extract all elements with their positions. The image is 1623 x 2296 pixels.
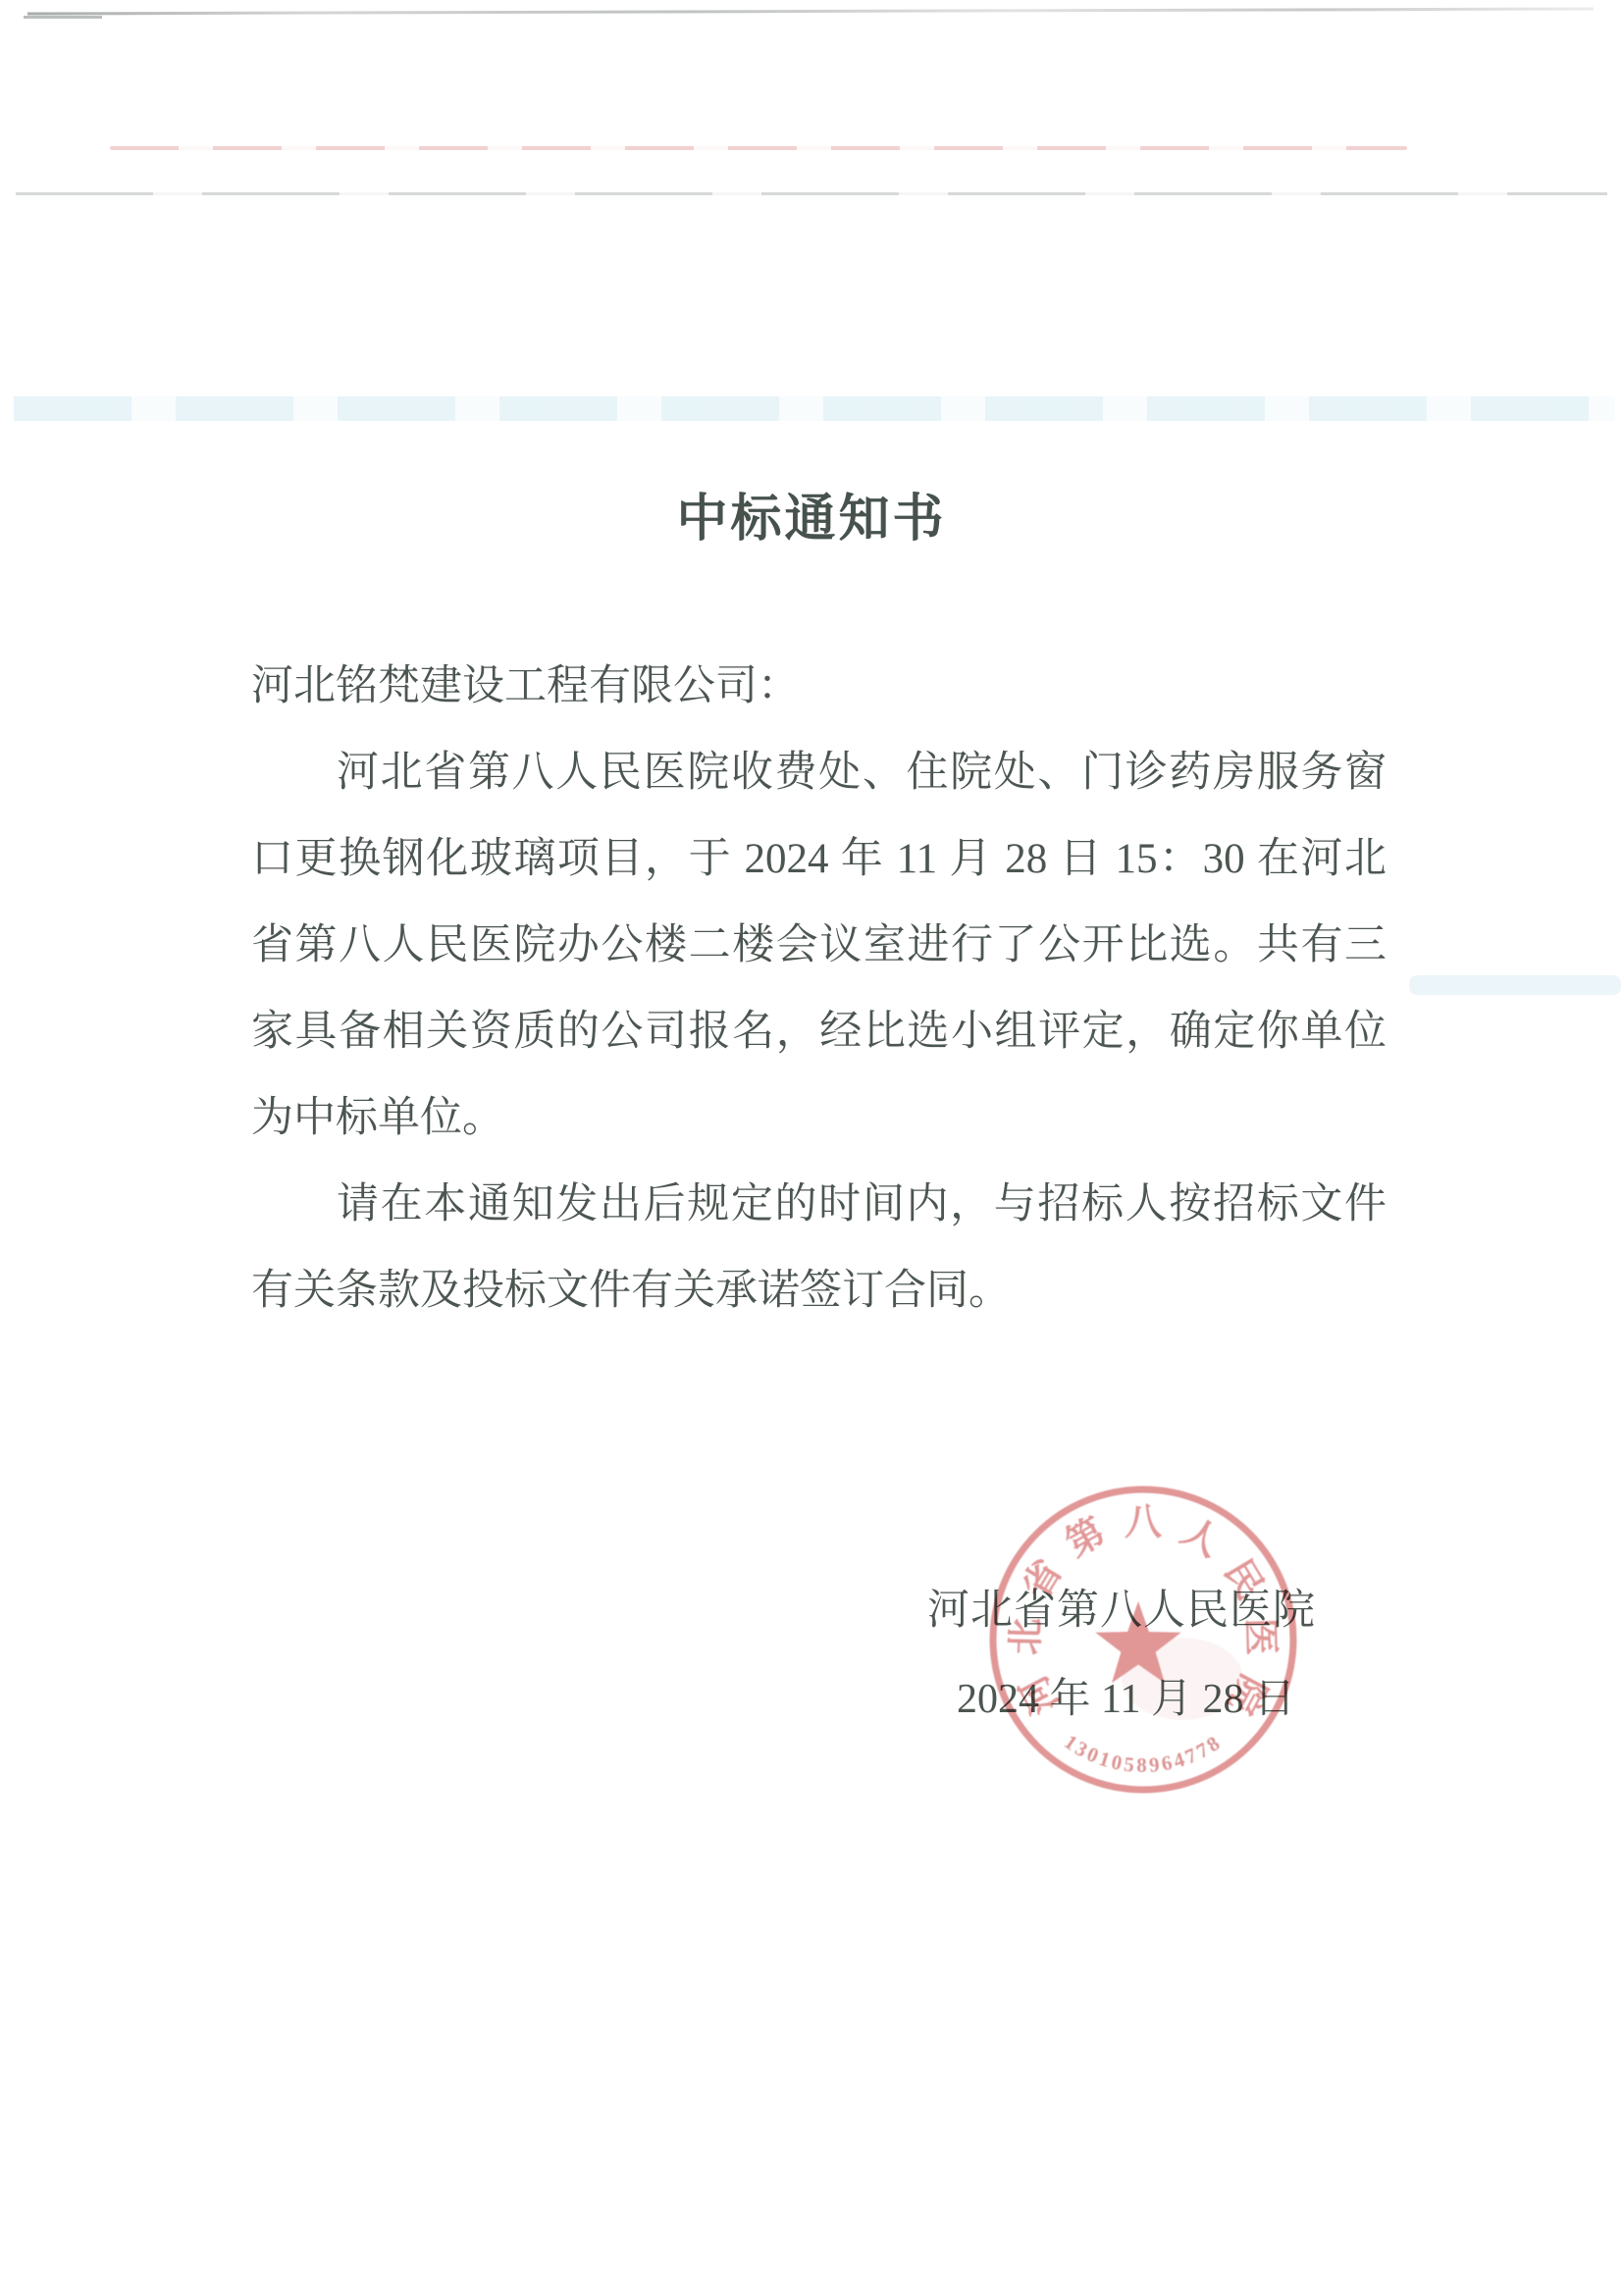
addressee-line: 河北铭梵建设工程有限公司： xyxy=(251,644,1387,730)
body-line: 河北省第八人民医院收费处、住院处、门诊药房服务窗 xyxy=(251,730,1387,816)
document-body: 河北铭梵建设工程有限公司： 河北省第八人民医院收费处、住院处、门诊药房服务窗 口… xyxy=(251,644,1387,1334)
svg-text:民: 民 xyxy=(1216,1553,1271,1606)
seal-code: 1301058964778 xyxy=(1060,1730,1226,1777)
svg-text:第: 第 xyxy=(1060,1511,1113,1565)
body-line: 请在本通知发出后规定的时间内，与招标人按招标文件 xyxy=(251,1162,1387,1248)
body-line: 口更换钢化玻璃项目，于 2024 年 11 月 28 日 15：30 在河北 xyxy=(251,816,1387,903)
scan-artifact-line-top-left xyxy=(24,16,102,19)
scan-artifact-gray-line xyxy=(16,192,1607,195)
svg-text:河: 河 xyxy=(1013,1668,1067,1720)
body-line: 家具备相关资质的公司报名，经比选小组评定，确定你单位 xyxy=(251,989,1387,1075)
scan-artifact-blue-band xyxy=(14,396,1615,421)
svg-text:北: 北 xyxy=(1006,1617,1048,1655)
scanned-document-page: 中标通知书 河北铭梵建设工程有限公司： 河北省第八人民医院收费处、住院处、门诊药… xyxy=(0,0,1623,2296)
body-line: 省第八人民医院办公楼二楼会议室进行了公开比选。共有三 xyxy=(251,903,1387,989)
svg-text:医: 医 xyxy=(1239,1617,1282,1655)
body-line: 有关条款及投标文件有关承诺签订合同。 xyxy=(251,1248,1387,1334)
body-line: 为中标单位。 xyxy=(251,1075,1387,1162)
scan-artifact-pink-line xyxy=(110,146,1407,150)
svg-text:人: 人 xyxy=(1175,1511,1228,1565)
scan-artifact-smudge xyxy=(1409,975,1621,995)
document-title: 中标通知书 xyxy=(0,477,1623,550)
svg-text:省: 省 xyxy=(1016,1553,1071,1606)
svg-text:八: 八 xyxy=(1125,1502,1162,1543)
official-seal: 河 北 省 第 八 人 民 医 院 1301058964778 xyxy=(981,1478,1305,1801)
scan-artifact-line-top xyxy=(27,7,1594,15)
